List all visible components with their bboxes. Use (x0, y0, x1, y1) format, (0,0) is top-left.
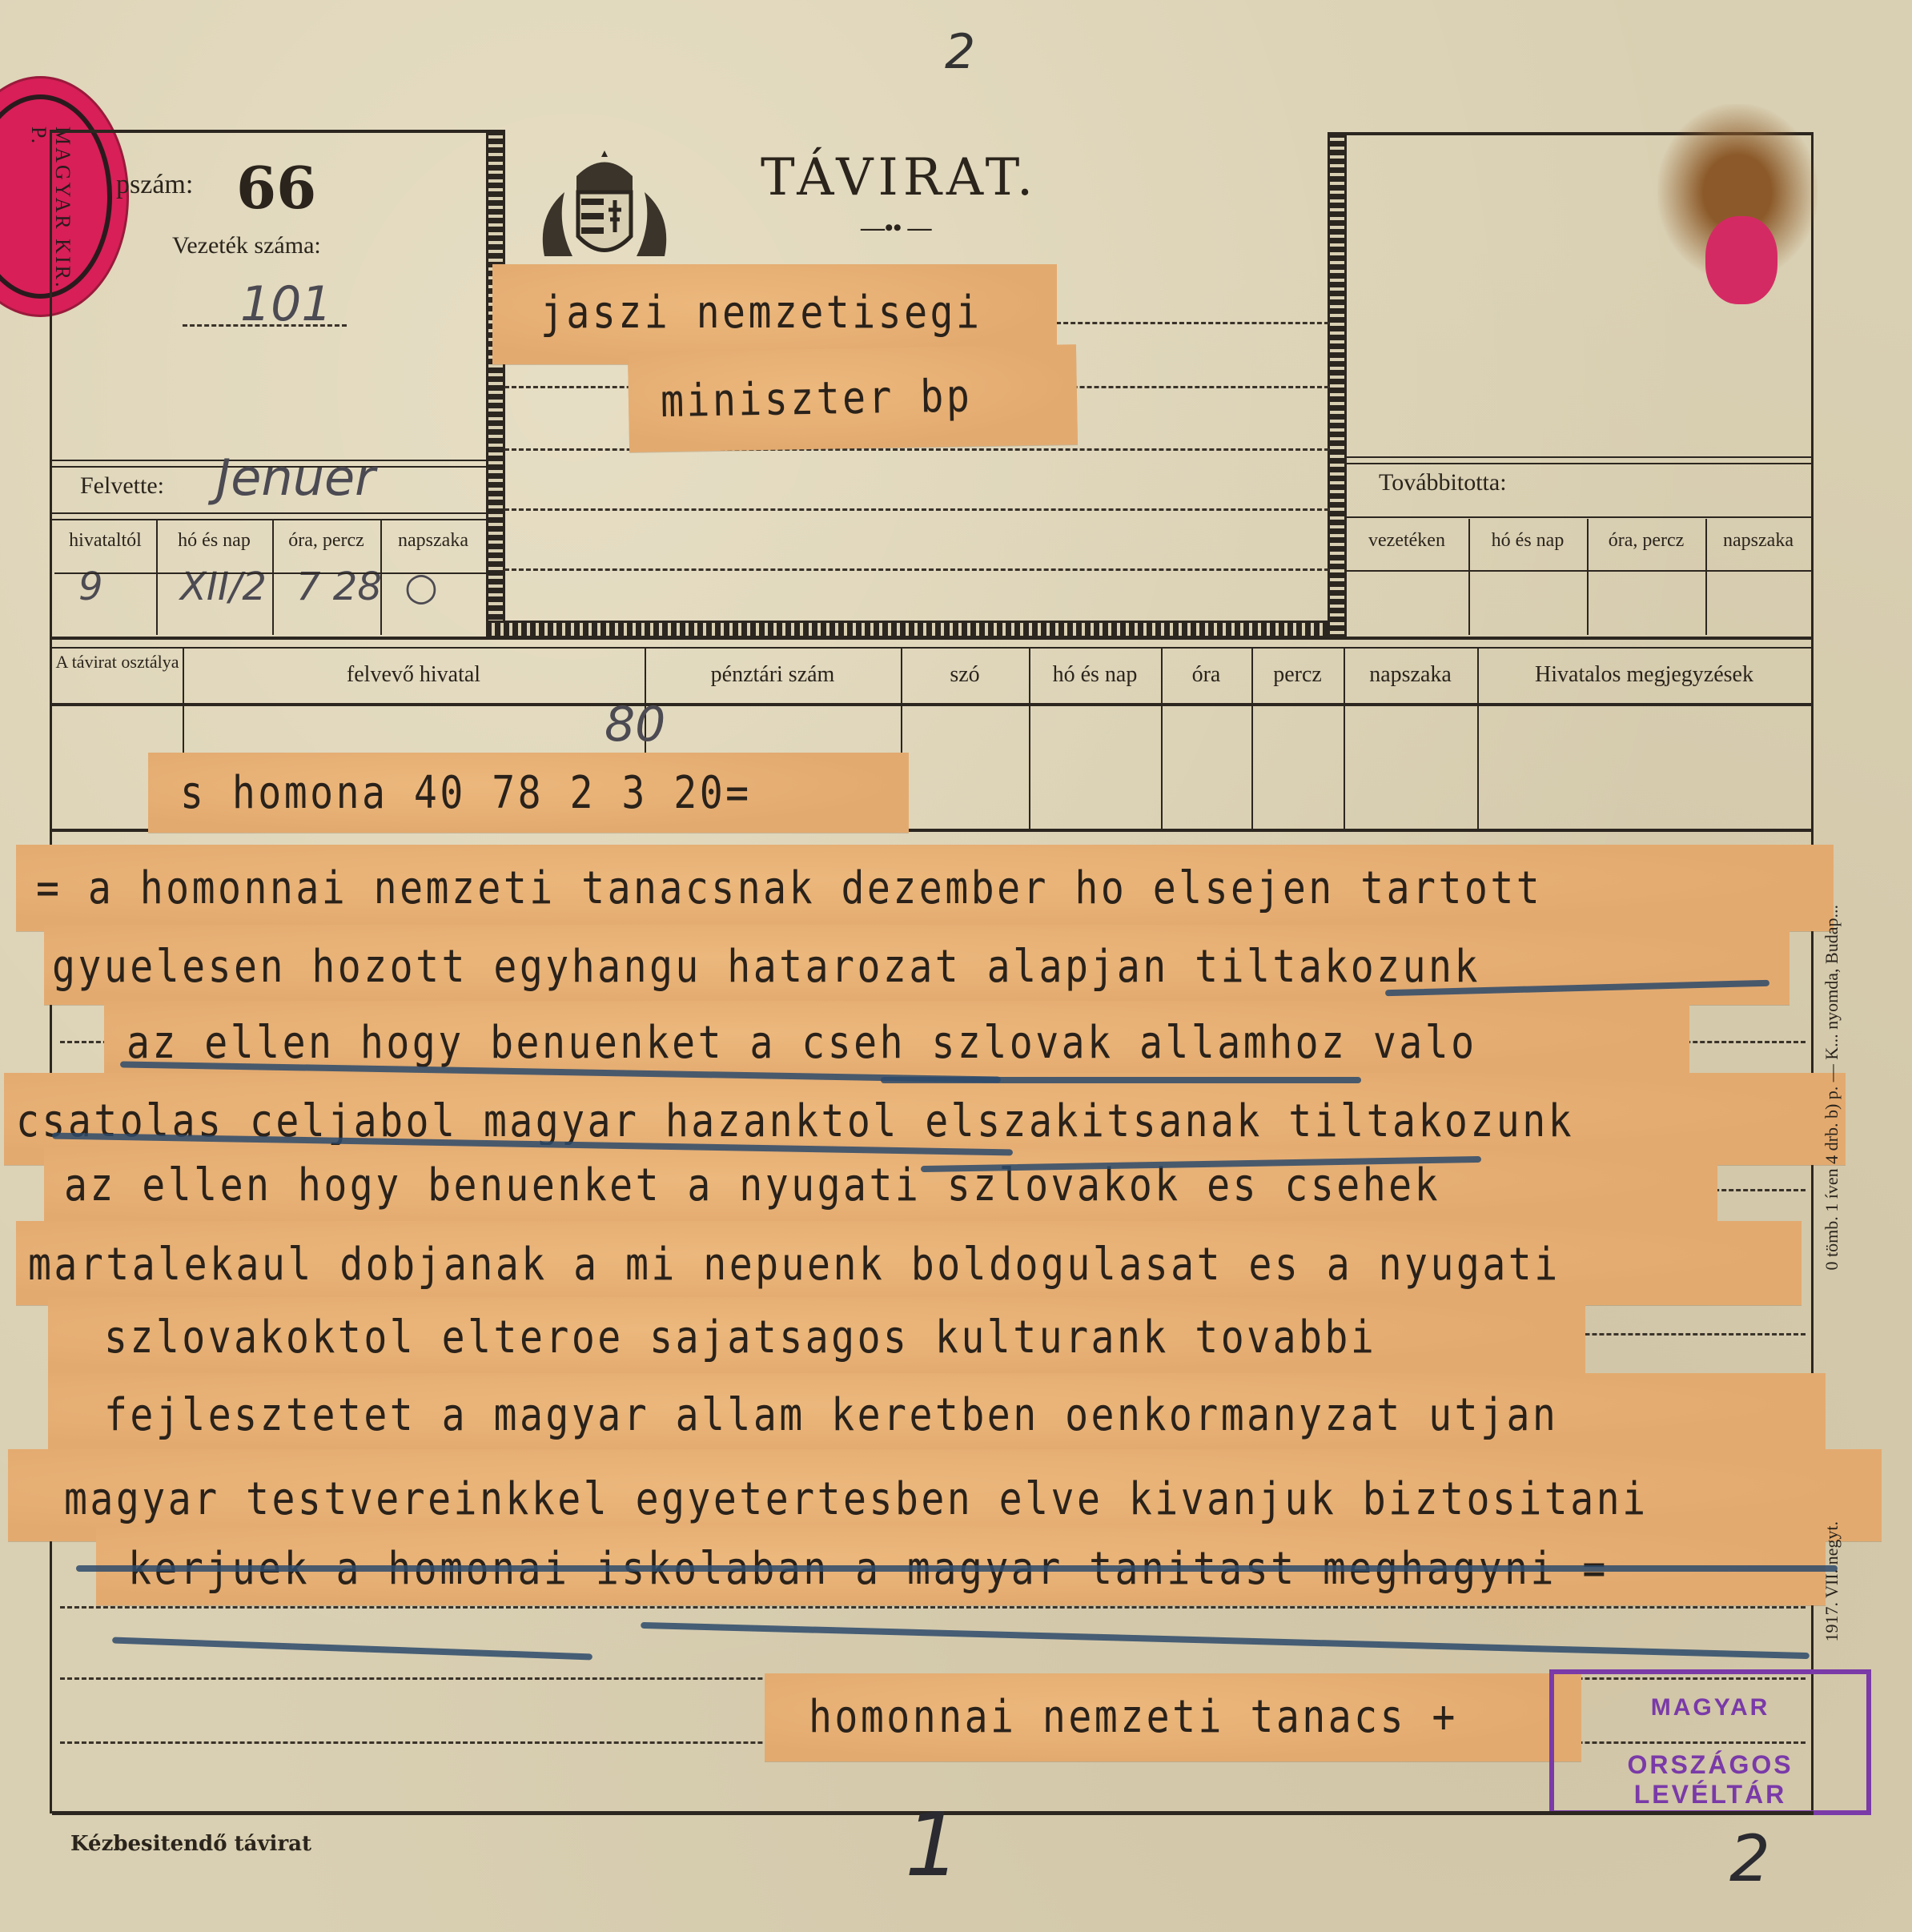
origin-strip-text: s homona 40 78 2 3 20= (180, 767, 752, 819)
right-box-divider-3 (1345, 516, 1811, 518)
main-table-col-divider (1477, 647, 1479, 829)
main-table-col-divider (1251, 647, 1253, 829)
message-strip: fejlesztetet a magyar allam keretben oen… (48, 1373, 1826, 1453)
address-line-3 (504, 448, 1329, 451)
right-box-divider-2 (1345, 463, 1811, 464)
receipt-value: XII/2 (180, 564, 267, 609)
main-table-header: Hivatalos megjegyzések (1477, 663, 1811, 688)
main-right-border (1811, 637, 1814, 1814)
forward-header: napszaka (1705, 530, 1811, 552)
main-table-header: percz (1251, 663, 1344, 688)
message-strip-text: = a homonnai nemzeti tanacsnak dezember … (36, 862, 1542, 914)
address-strip-text: jaszi nemzetisegi (540, 287, 982, 339)
message-strip-text: fejlesztetet a magyar allam keretben oen… (104, 1389, 1558, 1441)
address-line-1 (1049, 322, 1329, 324)
message-strip: = a homonnai nemzeti tanacsnak dezember … (16, 845, 1834, 931)
serial-label: pszám: (116, 170, 193, 200)
printer-margin-note-2: 1917. VII. negyt. (1822, 1521, 1842, 1642)
serial-number: 66 (236, 154, 316, 222)
message-line (60, 1606, 1806, 1609)
message-strip: martalekaul dobjanak a mi nepuenk boldog… (16, 1221, 1802, 1305)
receipt-row-divider (54, 572, 487, 574)
forward-col-divider (1705, 519, 1707, 635)
received-by-label: Felvette: (80, 472, 164, 500)
main-table-header: felvevő hivatal (183, 663, 645, 688)
left-box-divider-3 (52, 512, 488, 514)
message-strip-text: homonnai nemzeti tanacs + (809, 1691, 1458, 1743)
forward-header: óra, percz (1587, 530, 1705, 552)
message-strip-text: szlovakoktol elteroe sajatsagos kulturan… (104, 1311, 1376, 1364)
message-strip: gyuelesen hozott egyhangu hatarozat alap… (44, 925, 1789, 1005)
main-table-header: A távirat osztálya (52, 653, 183, 672)
coat-of-arms-icon (528, 144, 681, 264)
page-mark-top: 2 (945, 24, 975, 80)
receipt-value: ○ (404, 564, 438, 609)
main-table-top-2 (52, 647, 1814, 649)
receipt-col-divider (272, 519, 274, 635)
forward-header: hó és nap (1468, 530, 1587, 552)
center-ladder-bottom (486, 621, 1335, 638)
line-number-label: Vezeték száma: (172, 232, 321, 259)
main-table-header: hó és nap (1029, 663, 1161, 688)
title-ornament: —•• — (861, 215, 932, 242)
left-box-top-border (52, 130, 488, 133)
stamp-line-1: MAGYAR (1554, 1694, 1866, 1721)
message-strip-text: az ellen hogy benuenket a cseh szlovak a… (127, 1017, 1477, 1069)
receipt-value: 7 28 (296, 564, 382, 609)
document-title: TÁVIRAT. (761, 148, 1038, 207)
message-strip-text: martalekaul dobjanak a mi nepuenk boldog… (28, 1239, 1561, 1291)
main-table-header: óra (1161, 663, 1251, 688)
receipt-header: hó és nap (156, 530, 272, 552)
address-line-4 (504, 508, 1329, 511)
printer-margin-note: 0 tömb. 1 íven 4 drb. b) p. — K... nyomd… (1822, 905, 1842, 1270)
footer-note: Kézbesitendő távirat (70, 1832, 311, 1856)
message-strip: szlovakoktol elteroe sajatsagos kulturan… (48, 1297, 1585, 1377)
origin-strip: s homona 40 78 2 3 20= (148, 753, 909, 833)
left-ladder-border (486, 130, 505, 634)
receipt-header: hivataltól (54, 530, 156, 552)
forward-row-divider (1345, 570, 1811, 572)
message-strip-text: az ellen hogy benuenket a nyugati szlova… (64, 1159, 1440, 1211)
forward-col-divider (1587, 519, 1589, 635)
message-strip: homonnai nemzeti tanacs + (765, 1673, 1581, 1761)
seal-remnant (1705, 216, 1777, 304)
received-by-signature: Jenuer (216, 448, 376, 507)
line-number-underline (183, 324, 347, 327)
blue-underline (881, 1077, 1361, 1083)
main-table-col-divider (1344, 647, 1345, 829)
page-mark-bottom-right: 2 (1729, 1822, 1770, 1896)
main-table-header-bottom (52, 703, 1814, 706)
left-box-left-border (50, 130, 52, 650)
receipt-col-divider (380, 519, 382, 635)
receipt-value: 9 (78, 564, 103, 609)
address-strip-2: miniszter bp (628, 344, 1078, 452)
receipt-header: óra, percz (272, 530, 380, 552)
stamp-line-2: ORSZÁGOS LEVÉLTÁR (1554, 1750, 1866, 1809)
message-strip-text: magyar testvereinkkel egyetertesben elve… (64, 1473, 1649, 1525)
left-box-divider-4 (52, 519, 488, 520)
handwritten-note-80: 80 (605, 697, 665, 753)
forwarded-by-label: Továbbitotta: (1379, 469, 1507, 496)
forward-col-divider (1468, 519, 1470, 635)
page-mark-bottom-left: 1 (905, 1793, 961, 1896)
receipt-header: napszaka (380, 530, 486, 552)
wax-seal: MAGYAR KIR. P. (0, 76, 129, 317)
receipt-col-divider (156, 519, 158, 635)
main-table-top (52, 637, 1814, 640)
message-strip-text: gyuelesen hozott egyhangu hatarozat alap… (52, 941, 1480, 993)
main-table-header: szó (901, 663, 1029, 688)
archive-stamp: MAGYAR ORSZÁGOS LEVÉLTÁR (1549, 1669, 1871, 1815)
address-strip-text: miniszter bp (660, 370, 972, 428)
right-ladder-border (1328, 132, 1347, 637)
forward-header: vezetéken (1345, 530, 1468, 552)
blue-underline (641, 1622, 1810, 1659)
address-line-5 (504, 568, 1329, 571)
main-table-col-divider (1161, 647, 1163, 829)
right-box-divider (1345, 456, 1811, 458)
main-table-header: pénztári szám (645, 663, 901, 688)
main-table-col-divider (1029, 647, 1030, 829)
blue-underline (76, 1565, 1838, 1572)
blue-underline (112, 1637, 592, 1661)
main-table-header: napszaka (1344, 663, 1477, 688)
